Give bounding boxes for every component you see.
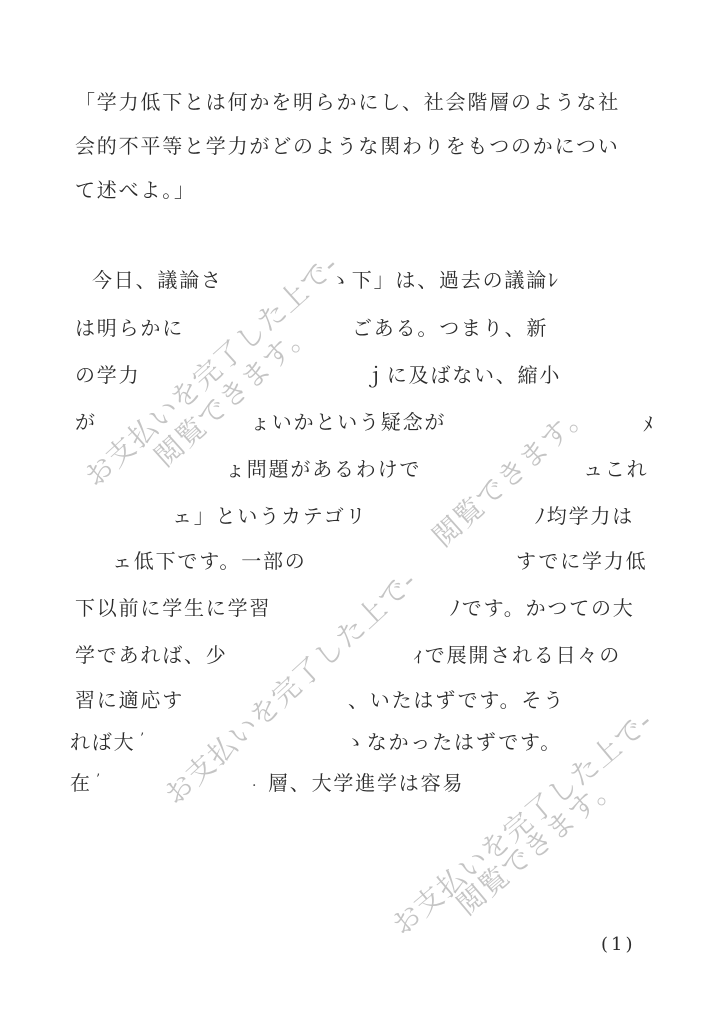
page-number: (1) xyxy=(601,934,636,955)
body-text-fragment: ﾉです。かつての大 xyxy=(450,596,635,620)
body-text-fragment: ュこれ xyxy=(583,457,648,481)
body-text-fragment: ょいかという疑念が xyxy=(250,410,446,434)
body-text-fragment: 学であれば、少 xyxy=(75,643,228,667)
document-page: お支払いを完了した上で- 閲覧できます。 お支払いを完了した上で- 閲覧できます… xyxy=(0,0,725,1024)
body-text-fragment: は明らかに xyxy=(75,316,184,340)
body-text-fragment: ｊに及ばない、縮小 xyxy=(365,363,561,387)
body-text-fragment: ェ低下です。一部の xyxy=(112,549,307,573)
body-text-fragment: ゝ下」は、過去の議論ﾚ xyxy=(330,268,560,292)
body-text-fragment: 今日、議論さ xyxy=(92,268,223,292)
body-text-fragment: ｨで展開される日々の xyxy=(413,643,621,667)
watermark-text: 閲覧できます。 xyxy=(423,391,599,555)
body-text-fragment: · xyxy=(252,774,258,798)
body-text-fragment: ’ xyxy=(140,727,146,751)
body-text-fragment: の学力 xyxy=(75,363,140,387)
body-text-fragment: ょ問題があるわけで xyxy=(225,457,421,481)
body-text-fragment: れば大 xyxy=(70,730,135,754)
body-text-fragment: ﾒ xyxy=(643,412,655,436)
body-text-fragment: ﾉ均学力は xyxy=(535,504,634,528)
body-text-fragment: すでに学力低 xyxy=(516,549,647,573)
body-text-fragment: が xyxy=(75,410,97,434)
body-text-fragment: 層、大学進学は容易 xyxy=(268,771,464,795)
body-text-fragment: 、いたはずです。そう xyxy=(348,688,565,712)
body-text-fragment: ェ」というカテゴリ xyxy=(172,504,367,528)
body-text-fragment: ごある。つまり、新 xyxy=(352,316,548,340)
quote-heading-line: 会的不平等と学力がどのような関わりをもつのかについ xyxy=(75,134,620,158)
body-text-fragment: ’ xyxy=(96,768,102,792)
body-text-fragment: ゝなかったはずです。 xyxy=(345,730,562,754)
body-text-fragment: 下以前に学生に学習 xyxy=(75,596,271,620)
body-text-fragment: 習に適応す xyxy=(75,688,184,712)
quote-heading-line: て述べよ。」 xyxy=(75,178,196,202)
body-text-fragment: 在 xyxy=(70,771,92,795)
quote-heading-line: 「学力低下とは何かを明らかにし、社会階層のような社 xyxy=(75,90,620,114)
